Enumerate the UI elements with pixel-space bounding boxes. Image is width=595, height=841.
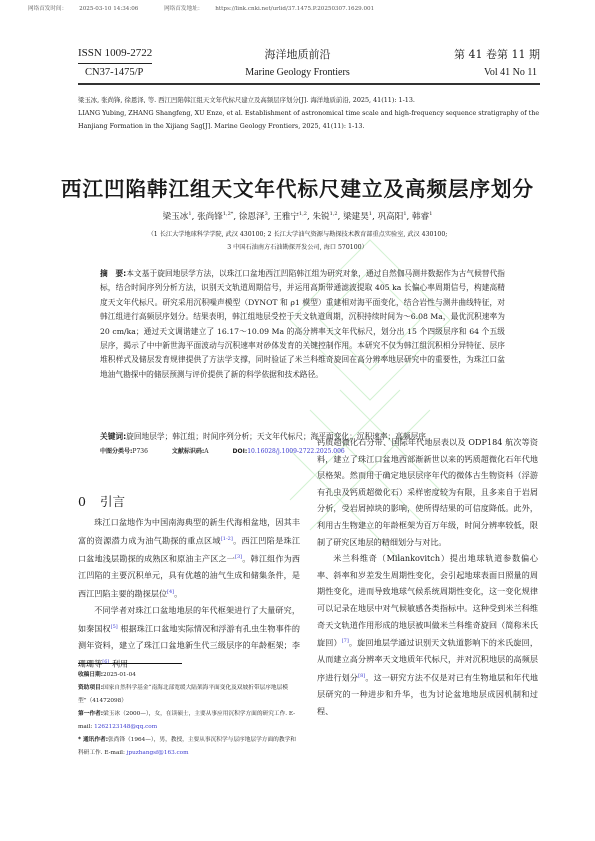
citation-en: LIANG Yubing, ZHANG Shangfeng, XU Enze, …: [78, 107, 540, 133]
author[interactable]: 王雅宁1,2: [273, 212, 307, 222]
affiliation-line: 3 中国石油南方石油勘探开发公司, 海口 570100）: [0, 242, 595, 255]
author[interactable]: 梁玉冰1: [163, 212, 192, 222]
online-publish-note: 网络首发时间：2025-03-10 14:34:06 网络首发地址：https:…: [28, 4, 398, 12]
fund-label: 资助项目:: [78, 685, 103, 691]
abstract-label: 摘 要:: [100, 269, 126, 278]
first-author-email-link[interactable]: 1262123148@qq.com: [94, 724, 157, 730]
citation-block: 梁玉冰, 张尚锋, 徐恩泽, 等. 西江凹陷韩江组天文年代标尺建立及高频层序划分…: [78, 94, 540, 133]
author[interactable]: 梁建昊1: [343, 212, 372, 222]
affiliations: （1 长江大学地球科学学院, 武汉 430100; 2 长江大学油气资源与勘探技…: [0, 229, 595, 254]
section-title: 引言: [100, 494, 125, 509]
footnote-divider: [78, 663, 182, 664]
volume-issue-en: Vol 41 No 11: [484, 67, 537, 78]
abstract: 摘 要:本文基于旋回地层学方法，以珠江口盆地西江凹陷韩江组为研究对象，通过自然伽…: [100, 267, 505, 382]
keywords-label: 关键词:: [100, 432, 126, 441]
received-label: 收稿日期:: [78, 672, 103, 678]
reference-link[interactable]: [1-2]: [221, 536, 233, 542]
paragraph: 钙质超微化石分带、国际年代地层表以及 ODP184 航次等资料，建立了珠江口盆地…: [317, 434, 538, 550]
footnotes: 收稿日期:2025-01-04 资助项目:国家自然科学基金“南海北部宽缓大陆架海…: [78, 669, 300, 760]
section-number: 0: [78, 494, 86, 509]
paragraph: 米兰科维奇（Milankovitch）提出地球轨道参数偏心率、斜率和岁差发生周期…: [317, 550, 538, 719]
corresponding-author-email-link[interactable]: jpuzhangsf@163.com: [127, 750, 189, 756]
body-column-right: 钙质超微化石分带、国际年代地层表以及 ODP184 航次等资料，建立了珠江口盆地…: [317, 434, 538, 719]
first-author-label: 第一作者:: [78, 711, 103, 717]
author[interactable]: 韩睿1: [412, 212, 432, 222]
doc-code-label: 文献标识码:: [172, 448, 204, 455]
citation-cn: 梁玉冰, 张尚锋, 徐恩泽, 等. 西江凹陷韩江组天文年代标尺建立及高频层序划分…: [78, 94, 540, 107]
affiliation-line: （1 长江大学地球科学学院, 武汉 430100; 2 长江大学油气资源与勘探技…: [0, 229, 595, 242]
corresponding-author-label: * 通讯作者:: [78, 737, 108, 743]
doc-code: A: [204, 448, 208, 455]
author[interactable]: 张尚锋1,2*: [197, 212, 233, 222]
paragraph: 不同学者对珠江口盆地地层的年代框架进行了大量研究，如秦国权[5] 根据珠江口盆地…: [78, 602, 300, 672]
paragraph: 珠江口盆地作为中国南海典型的新生代海相盆地，因其丰富的资源潜力成为油气勘探的重点…: [78, 514, 300, 602]
body-column-left: 珠江口盆地作为中国南海典型的新生代海相盆地，因其丰富的资源潜力成为油气勘探的重点…: [78, 514, 300, 672]
publish-time-label: 网络首发时间：: [28, 6, 67, 12]
author[interactable]: 巩高阳1: [378, 212, 407, 222]
abstract-text: 本文基于旋回地层学方法，以珠江口盆地西江凹陷韩江组为研究对象，通过自然伽马测井数…: [100, 269, 505, 379]
header-divider: [78, 83, 540, 85]
publish-time: 2025-03-10 14:34:06: [79, 6, 138, 12]
clc-label: 中图分类号:: [100, 448, 132, 455]
author-list: 梁玉冰1, 张尚锋1,2*, 徐恩泽3, 王雅宁1,2, 朱锐1,2, 梁建昊1…: [0, 210, 595, 222]
received-date: 2025-01-04: [103, 672, 136, 678]
article-meta: 中图分类号:P736 文献标识码:A DOI:10.16028/j.1009-2…: [100, 446, 345, 455]
author[interactable]: 徐恩泽3: [239, 212, 268, 222]
fund-text: 国家自然科学基金“南海北部宽缓大陆架海平面变化及双坡折带层序地层模型”（4147…: [78, 685, 288, 704]
clc-number: P736: [132, 448, 148, 455]
publish-url-link[interactable]: https://link.cnki.net/urlid/37.1475.P.20…: [215, 6, 374, 12]
volume-issue-cn: 第 41 卷第 11 期: [454, 46, 540, 62]
doi-label: DOI:: [233, 448, 248, 455]
reference-link[interactable]: [7]: [342, 638, 349, 644]
reference-link[interactable]: [5]: [111, 624, 118, 630]
header-divider-short: [78, 63, 152, 64]
section-heading: 0引言: [78, 492, 125, 510]
publish-url-label: 网络首发地址：: [164, 6, 203, 12]
paper-title: 西江凹陷韩江组天文年代标尺建立及高频层序划分: [0, 172, 595, 202]
author[interactable]: 朱锐1,2: [312, 212, 337, 222]
